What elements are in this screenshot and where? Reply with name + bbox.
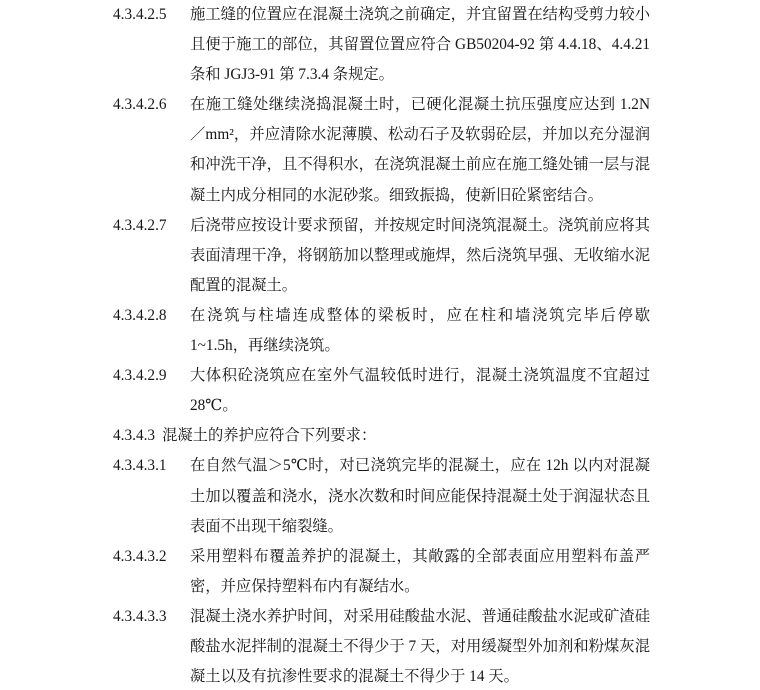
- clause-item: 4.3.4.2.6在施工缝处继续浇捣混凝土时，已硬化混凝土抗压强度应达到 1.2…: [113, 90, 650, 210]
- clause-text: 在自然气温＞5℃时，对已浇筑完毕的混凝土，应在 12h 以内对混凝土加以覆盖和浇…: [190, 457, 650, 534]
- clause-text: 采用塑料布覆盖养护的混凝土，其敞露的全部表面应用塑料布盖严密，并应保持塑料布内有…: [190, 548, 650, 595]
- clause-text: 施工缝的位置应在混凝土浇筑之前确定，并宜留置在结构受剪力较小且便于施工的部位，其…: [190, 6, 650, 83]
- clause-number: 4.3.4.2.8: [113, 301, 167, 331]
- clause-number: 4.3.4.3: [113, 427, 155, 444]
- clause-item: 4.3.4.2.9大体积砼浇筑应在室外气温较低时进行，混凝土浇筑温度不宜超过 2…: [113, 361, 650, 421]
- clause-number: 4.3.4.3.2: [113, 542, 167, 572]
- clause-item: 4.3.4.3.3混凝土浇水养护时间，对采用硅酸盐水泥、普通硅酸盐水泥或矿渣硅酸…: [113, 602, 650, 690]
- clause-text: 后浇带应按设计要求预留，并按规定时间浇筑混凝土。浇筑前应将其表面清理干净，将钢筋…: [190, 217, 650, 294]
- document-page: 4.3.4.2.5施工缝的位置应在混凝土浇筑之前确定，并宜留置在结构受剪力较小且…: [0, 0, 760, 690]
- clause-item: 4.3.4.3.2采用塑料布覆盖养护的混凝土，其敞露的全部表面应用塑料布盖严密，…: [113, 542, 650, 602]
- clause-number: 4.3.4.2.9: [113, 361, 167, 391]
- clause-text: 大体积砼浇筑应在室外气温较低时进行，混凝土浇筑温度不宜超过 28℃。: [190, 367, 650, 414]
- clause-item: 4.3.4.3.1在自然气温＞5℃时，对已浇筑完毕的混凝土，应在 12h 以内对…: [113, 451, 650, 541]
- clause-list: 4.3.4.2.5施工缝的位置应在混凝土浇筑之前确定，并宜留置在结构受剪力较小且…: [113, 0, 650, 690]
- clause-number: 4.3.4.2.5: [113, 0, 167, 30]
- clause-number: 4.3.4.3.1: [113, 451, 167, 481]
- clause-text: 混凝土的养护应符合下列要求：: [162, 427, 376, 444]
- clause-number: 4.3.4.2.7: [113, 211, 167, 241]
- clause-item: 4.3.4.2.7后浇带应按设计要求预留，并按规定时间浇筑混凝土。浇筑前应将其表…: [113, 211, 650, 301]
- clause-text: 在施工缝处继续浇捣混凝土时，已硬化混凝土抗压强度应达到 1.2N／mm²，并应清…: [190, 96, 650, 203]
- clause-item: 4.3.4.2.5施工缝的位置应在混凝土浇筑之前确定，并宜留置在结构受剪力较小且…: [113, 0, 650, 90]
- clause-text: 混凝土浇水养护时间，对采用硅酸盐水泥、普通硅酸盐水泥或矿渣硅酸盐水泥拌制的混凝土…: [190, 608, 650, 685]
- clause-text: 在浇筑与柱墙连成整体的梁板时，应在柱和墙浇筑完毕后停歇 1~1.5h，再继续浇筑…: [190, 307, 650, 354]
- clause-item: 4.3.4.2.8在浇筑与柱墙连成整体的梁板时，应在柱和墙浇筑完毕后停歇 1~1…: [113, 301, 650, 361]
- clause-number: 4.3.4.3.3: [113, 602, 167, 632]
- clause-item: 4.3.4.3混凝土的养护应符合下列要求：: [113, 421, 650, 451]
- clause-number: 4.3.4.2.6: [113, 90, 167, 120]
